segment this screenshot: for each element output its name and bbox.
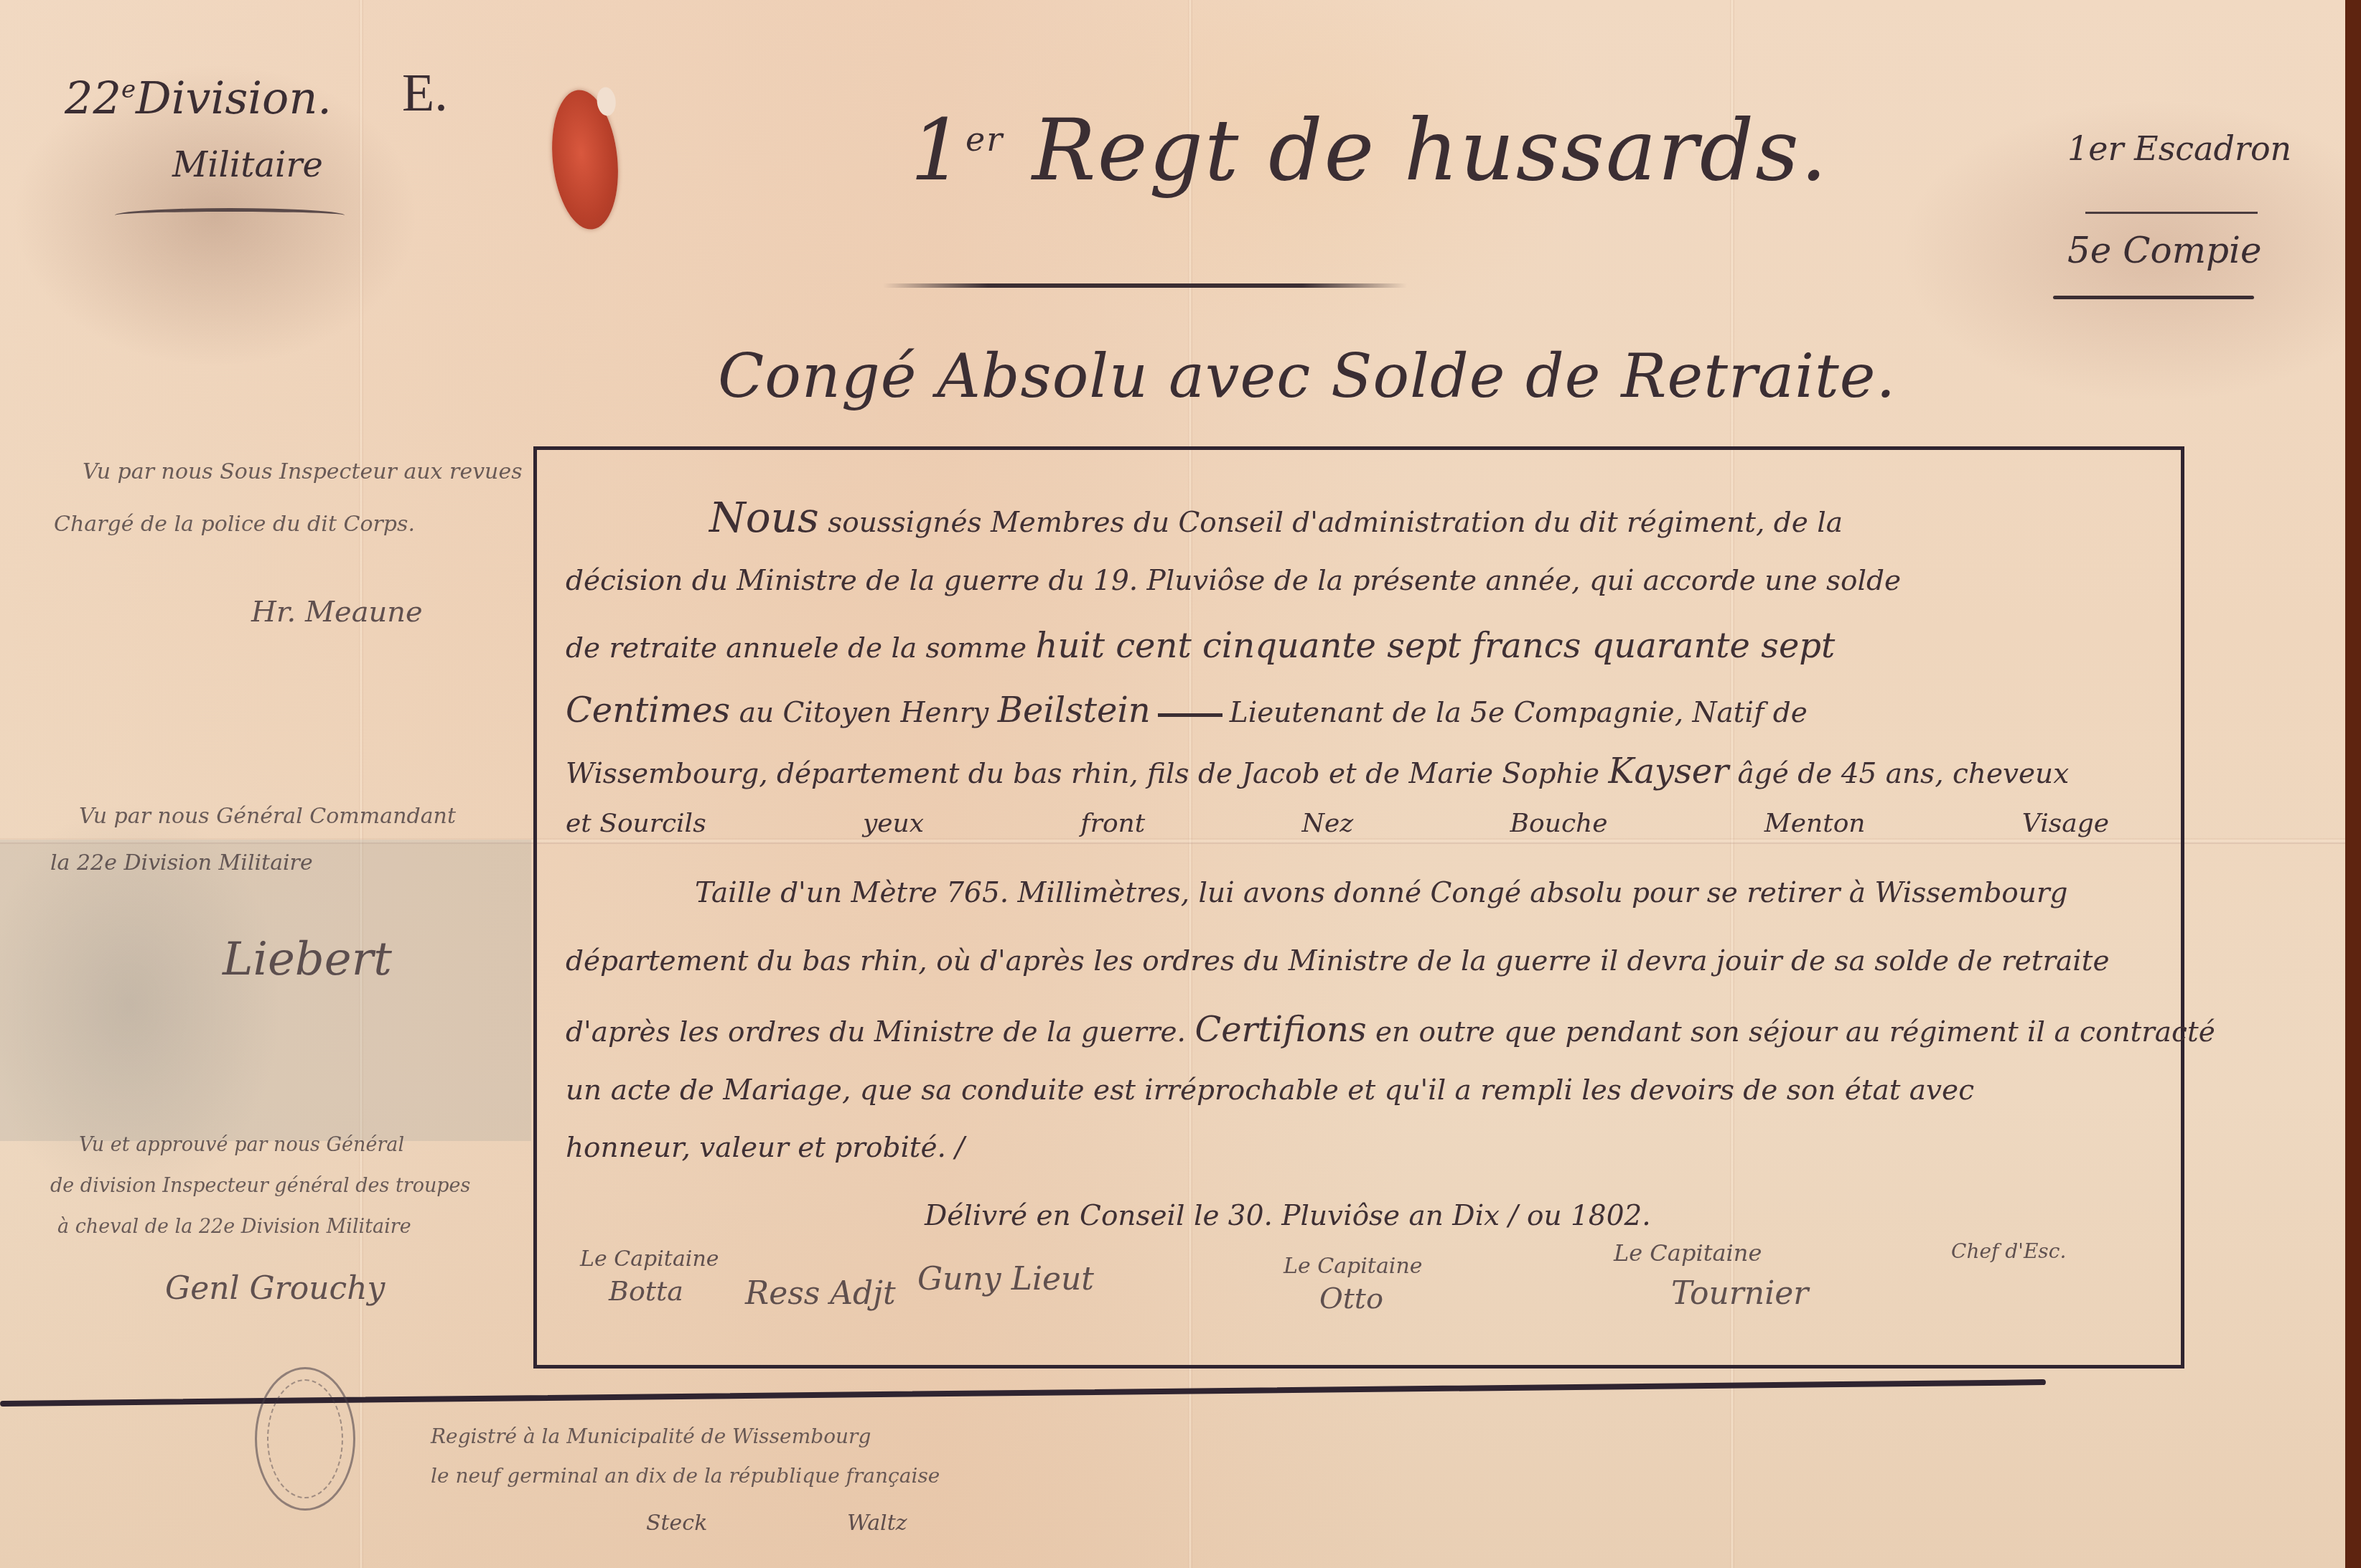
divider	[2085, 212, 2258, 214]
regiment-underline	[883, 283, 1407, 288]
signature-label: Le Capitaine	[580, 1247, 719, 1272]
body-line-10: un acte de Mariage, que sa conduite est …	[566, 1074, 1974, 1107]
escadron-label: 1er Escadron	[2067, 129, 2291, 168]
militaire-label: Militaire	[172, 145, 323, 185]
surname: Beilstein	[998, 690, 1151, 731]
fold-crease	[359, 0, 363, 1568]
paper-shadow	[0, 840, 531, 1141]
flourish	[115, 208, 345, 222]
dash	[1158, 713, 1222, 717]
document-title: Congé Absolu avec Solde de Retraite.	[718, 341, 1896, 411]
body-line-5: Wissembourg, département du bas rhin, fi…	[566, 751, 2069, 792]
signature: Guny Lieut	[917, 1261, 1094, 1297]
division-label: 22eDivision.	[65, 72, 332, 124]
ink-stamp-icon	[255, 1367, 355, 1511]
body-line-11: honneur, valeur et probité. /	[566, 1132, 965, 1164]
signature: Chef d'Esc.	[1951, 1239, 2066, 1263]
registration-note: Registré à la Municipalité de Wissembour…	[431, 1424, 940, 1488]
regiment-title: 1er Regt de hussards.	[910, 100, 1828, 199]
signature: Tournier	[1671, 1275, 1808, 1312]
body-line-4: Centimes au Citoyen Henry BeilsteinLieut…	[566, 690, 1808, 731]
series-letter: E.	[402, 63, 448, 124]
compagnie-label: 5e Compie	[2067, 230, 2262, 271]
signature: Otto	[1319, 1282, 1383, 1315]
annotation-2-signature: Liebert	[223, 933, 392, 986]
divider	[2053, 296, 2254, 299]
body-line-2: décision du Ministre de la guerre du 19.…	[566, 565, 1901, 597]
signature: Botta	[609, 1275, 683, 1307]
document-paper: 22eDivision. E. Militaire 1er Regt de hu…	[0, 0, 2347, 1568]
annotation-3: Vu et approuvé par nous Général de divis…	[79, 1134, 470, 1238]
body-line-3: de retraite annuele de la somme huit cen…	[566, 626, 1835, 666]
annotation-3-signature: Genl Grouchy	[165, 1270, 385, 1307]
body-line-8: département du bas rhin, où d'après les …	[566, 945, 2110, 977]
signature: Ress Adjt	[745, 1275, 896, 1312]
body-line-9: d'après les ordres du Ministre de la gue…	[566, 1010, 2215, 1050]
registration-signature: Waltz	[847, 1511, 907, 1536]
annotation-1-signature: Hr. Meaune	[251, 596, 423, 629]
delivery-line: Délivré en Conseil le 30. Pluviôse an Di…	[925, 1200, 1651, 1232]
body-line-7: Taille d'un Mètre 765. Millimètres, lui …	[695, 877, 2068, 909]
registration-signature: Steck	[646, 1511, 707, 1536]
signalement-row: et Sourcils yeux front Nez Bouche Menton…	[566, 809, 2109, 838]
signature-label: Le Capitaine	[1284, 1254, 1422, 1279]
frame-edge	[2345, 0, 2361, 1568]
annotation-1: Vu par nous Sous Inspecteur aux revues C…	[83, 459, 523, 537]
certificate-body-box: Nous soussignés Membres du Conseil d'adm…	[533, 446, 2184, 1369]
body-line-1: Nous soussignés Membres du Conseil d'adm…	[709, 493, 1843, 542]
annotation-2: Vu par nous Général Commandant la 22e Di…	[79, 804, 456, 875]
wax-seal-icon	[546, 87, 625, 233]
signature-label: Le Capitaine	[1614, 1239, 1762, 1267]
